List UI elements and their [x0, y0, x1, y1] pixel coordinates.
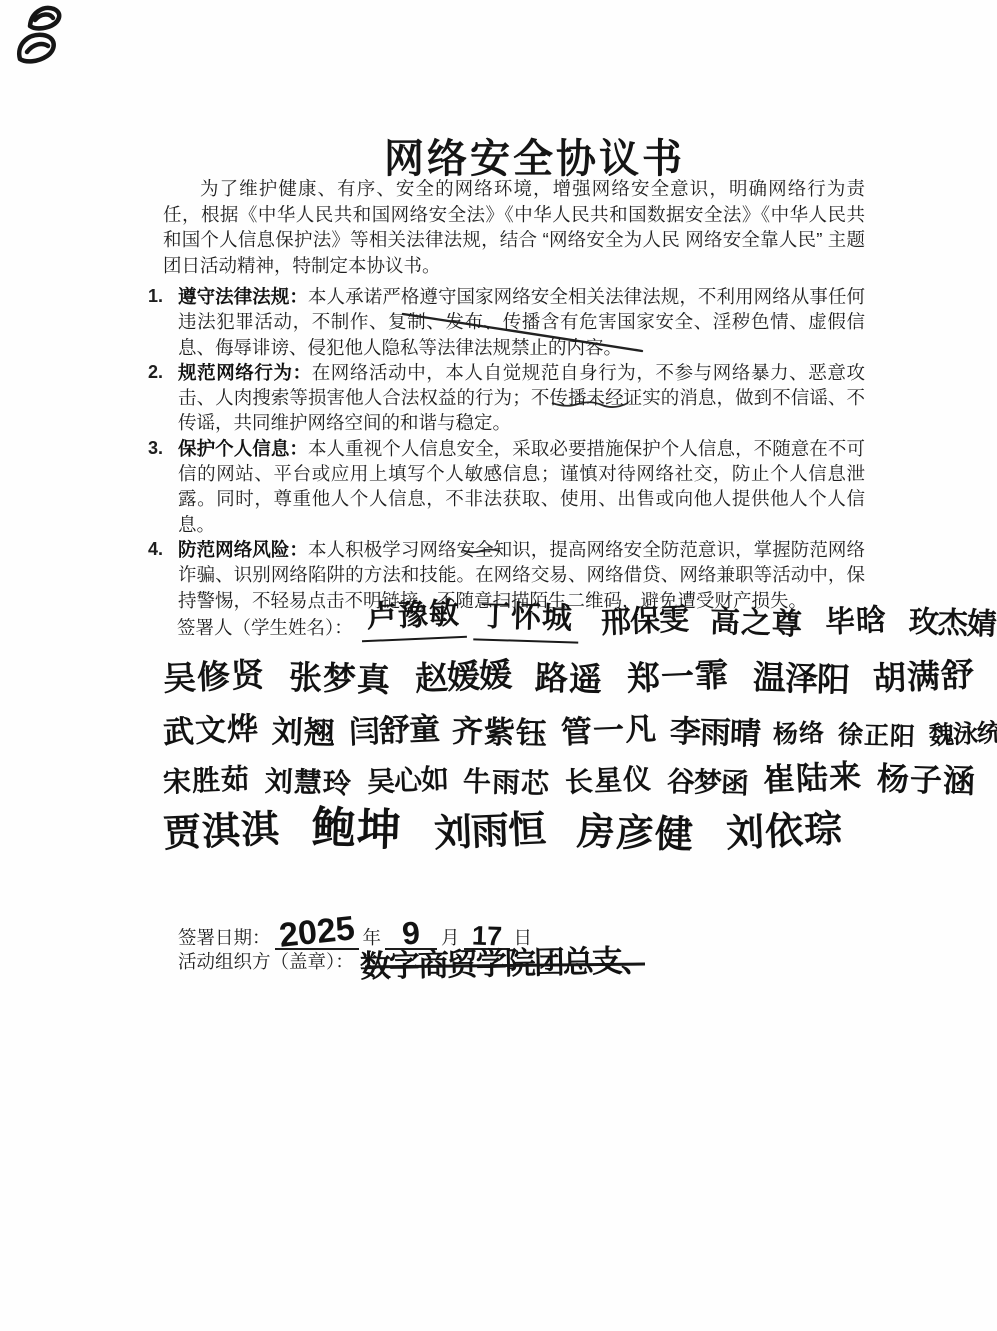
signature-row-2: 吴修贤张梦真赵媛媛路遥郑一霏温泽阳胡满舒 [163, 652, 991, 700]
signature-name: 刘雨恒 [433, 798, 546, 858]
ink-scribble-top-left-2 [19, 35, 54, 62]
signature-name: 温泽阳 [752, 652, 849, 702]
signature-name: 贾淇淇 [162, 797, 281, 857]
ink-scribble-top-left-1 [30, 8, 59, 28]
signature-header-line: 签署人（学生姓名）： 卢豫敏丁怀城邢保雯高之尊毕晗玫杰婧 [163, 592, 991, 646]
organizer-label: 活动组织方（盖章）： [178, 948, 354, 974]
signature-name: 李雨晴 [669, 706, 760, 754]
scanned-agreement-document: 网络安全协议书 为了维护健康、有序、安全的网络环境，增强网络安全意识，明确网络行… [0, 0, 997, 1331]
signature-name: 毕晗 [824, 595, 888, 642]
signature-name: 徐正阳 [837, 715, 916, 753]
signature-name: 管一凡 [560, 703, 658, 752]
clause-text: 规范网络行为：在网络活动中，本人自觉规范自身行为，不参与网络暴力、恶意攻击、人肉… [178, 360, 865, 436]
signature-name: 郑一霏 [626, 649, 730, 700]
clause-text: 遵守法律法规：本人承诺严格遵守国家网络安全相关法律法规，不利用网络从事任何违法犯… [178, 284, 865, 360]
signature-name: 杨络 [772, 713, 826, 751]
clause-number: 2. [148, 360, 178, 385]
signature-name: 张梦真 [288, 651, 391, 701]
clause-title: 规范网络行为： [178, 362, 312, 383]
signature-name: 丁怀城 [473, 590, 580, 643]
signature-row-4: 宋胜茹刘慧玲吴心如牛雨芯长星仪谷梦函崔陆来杨子涵 [163, 754, 991, 801]
signature-name: 闫舒童 [348, 703, 440, 752]
signature-name: 长星仪 [564, 757, 653, 801]
clause-text: 保护个人信息：本人重视个人信息安全，采取必要措施保护个人信息，不随意在不可信的网… [178, 436, 865, 537]
clause-title: 防范网络风险： [178, 539, 308, 560]
clause-item-3: 3. 保护个人信息：本人重视个人信息安全，采取必要措施保护个人信息，不随意在不可… [148, 436, 865, 537]
signature-name: 刘依琮 [725, 797, 844, 857]
signature-name: 胡满舒 [872, 649, 976, 700]
signature-row-5: 贾淇淇鲍坤刘雨恒房彦健刘依琮 [163, 805, 991, 857]
clause-number: 4. [148, 537, 178, 562]
signature-name: 邢保雯 [600, 594, 689, 642]
signature-name: 房彦健 [576, 800, 695, 859]
organizer-line: 活动组织方（盖章）： 数字商贸学院团总支、 [178, 948, 650, 993]
clause-list: 1. 遵守法律法规：本人承诺严格遵守国家网络安全相关法律法规，不利用网络从事任何… [148, 284, 865, 613]
clause-title: 保护个人信息： [178, 438, 308, 459]
clause-item-1: 1. 遵守法律法规：本人承诺严格遵守国家网络安全相关法律法规，不利用网络从事任何… [148, 284, 865, 360]
signature-name: 玫杰婧 [908, 597, 996, 644]
signature-row-3: 武文烨刘翘闫舒童齐紫钰管一凡李雨晴杨络徐正阳魏泳统昊 [163, 702, 991, 752]
signature-name: 杨子涵 [876, 753, 976, 802]
signature-name: 谷梦函 [666, 760, 748, 803]
signature-name: 魏泳统昊 [928, 712, 997, 752]
clause-title: 遵守法律法规： [178, 286, 308, 307]
year-blank: 2025 [275, 918, 359, 950]
signature-name: 宋胜茹 [162, 757, 251, 801]
signature-row-1: 卢豫敏丁怀城邢保雯高之尊毕晗玫杰婧 [353, 592, 996, 646]
signature-name: 高之尊 [709, 597, 803, 644]
clause-number: 1. [148, 284, 178, 309]
signature-name: 刘翘 [271, 706, 336, 753]
intro-paragraph: 为了维护健康、有序、安全的网络环境，增强网络安全意识，明确网络行为责任，根据《中… [163, 176, 865, 278]
date-label: 签署日期： [178, 924, 271, 950]
signers-label: 签署人（学生姓名）： [163, 614, 353, 646]
signature-section: 签署人（学生姓名）： 卢豫敏丁怀城邢保雯高之尊毕晗玫杰婧 吴修贤张梦真赵媛媛路遥… [163, 592, 991, 857]
organizer-handwritten-value: 数字商贸学院团总支、 [359, 935, 650, 986]
clause-item-2: 2. 规范网络行为：在网络活动中，本人自觉规范自身行为，不参与网络暴力、恶意攻击… [148, 360, 865, 436]
signature-name: 卢豫敏 [360, 588, 467, 643]
clause-number: 3. [148, 436, 178, 461]
signature-name: 齐紫钰 [451, 706, 548, 754]
signature-name: 鲍坤 [311, 792, 403, 859]
signature-name: 牛雨芯 [462, 760, 550, 803]
signature-name: 赵媛媛 [414, 649, 512, 700]
signature-name: 崔陆来 [762, 751, 863, 801]
signature-name: 路遥 [534, 652, 603, 701]
signature-name: 吴修贤 [162, 649, 266, 700]
signature-name: 武文烨 [162, 703, 260, 752]
